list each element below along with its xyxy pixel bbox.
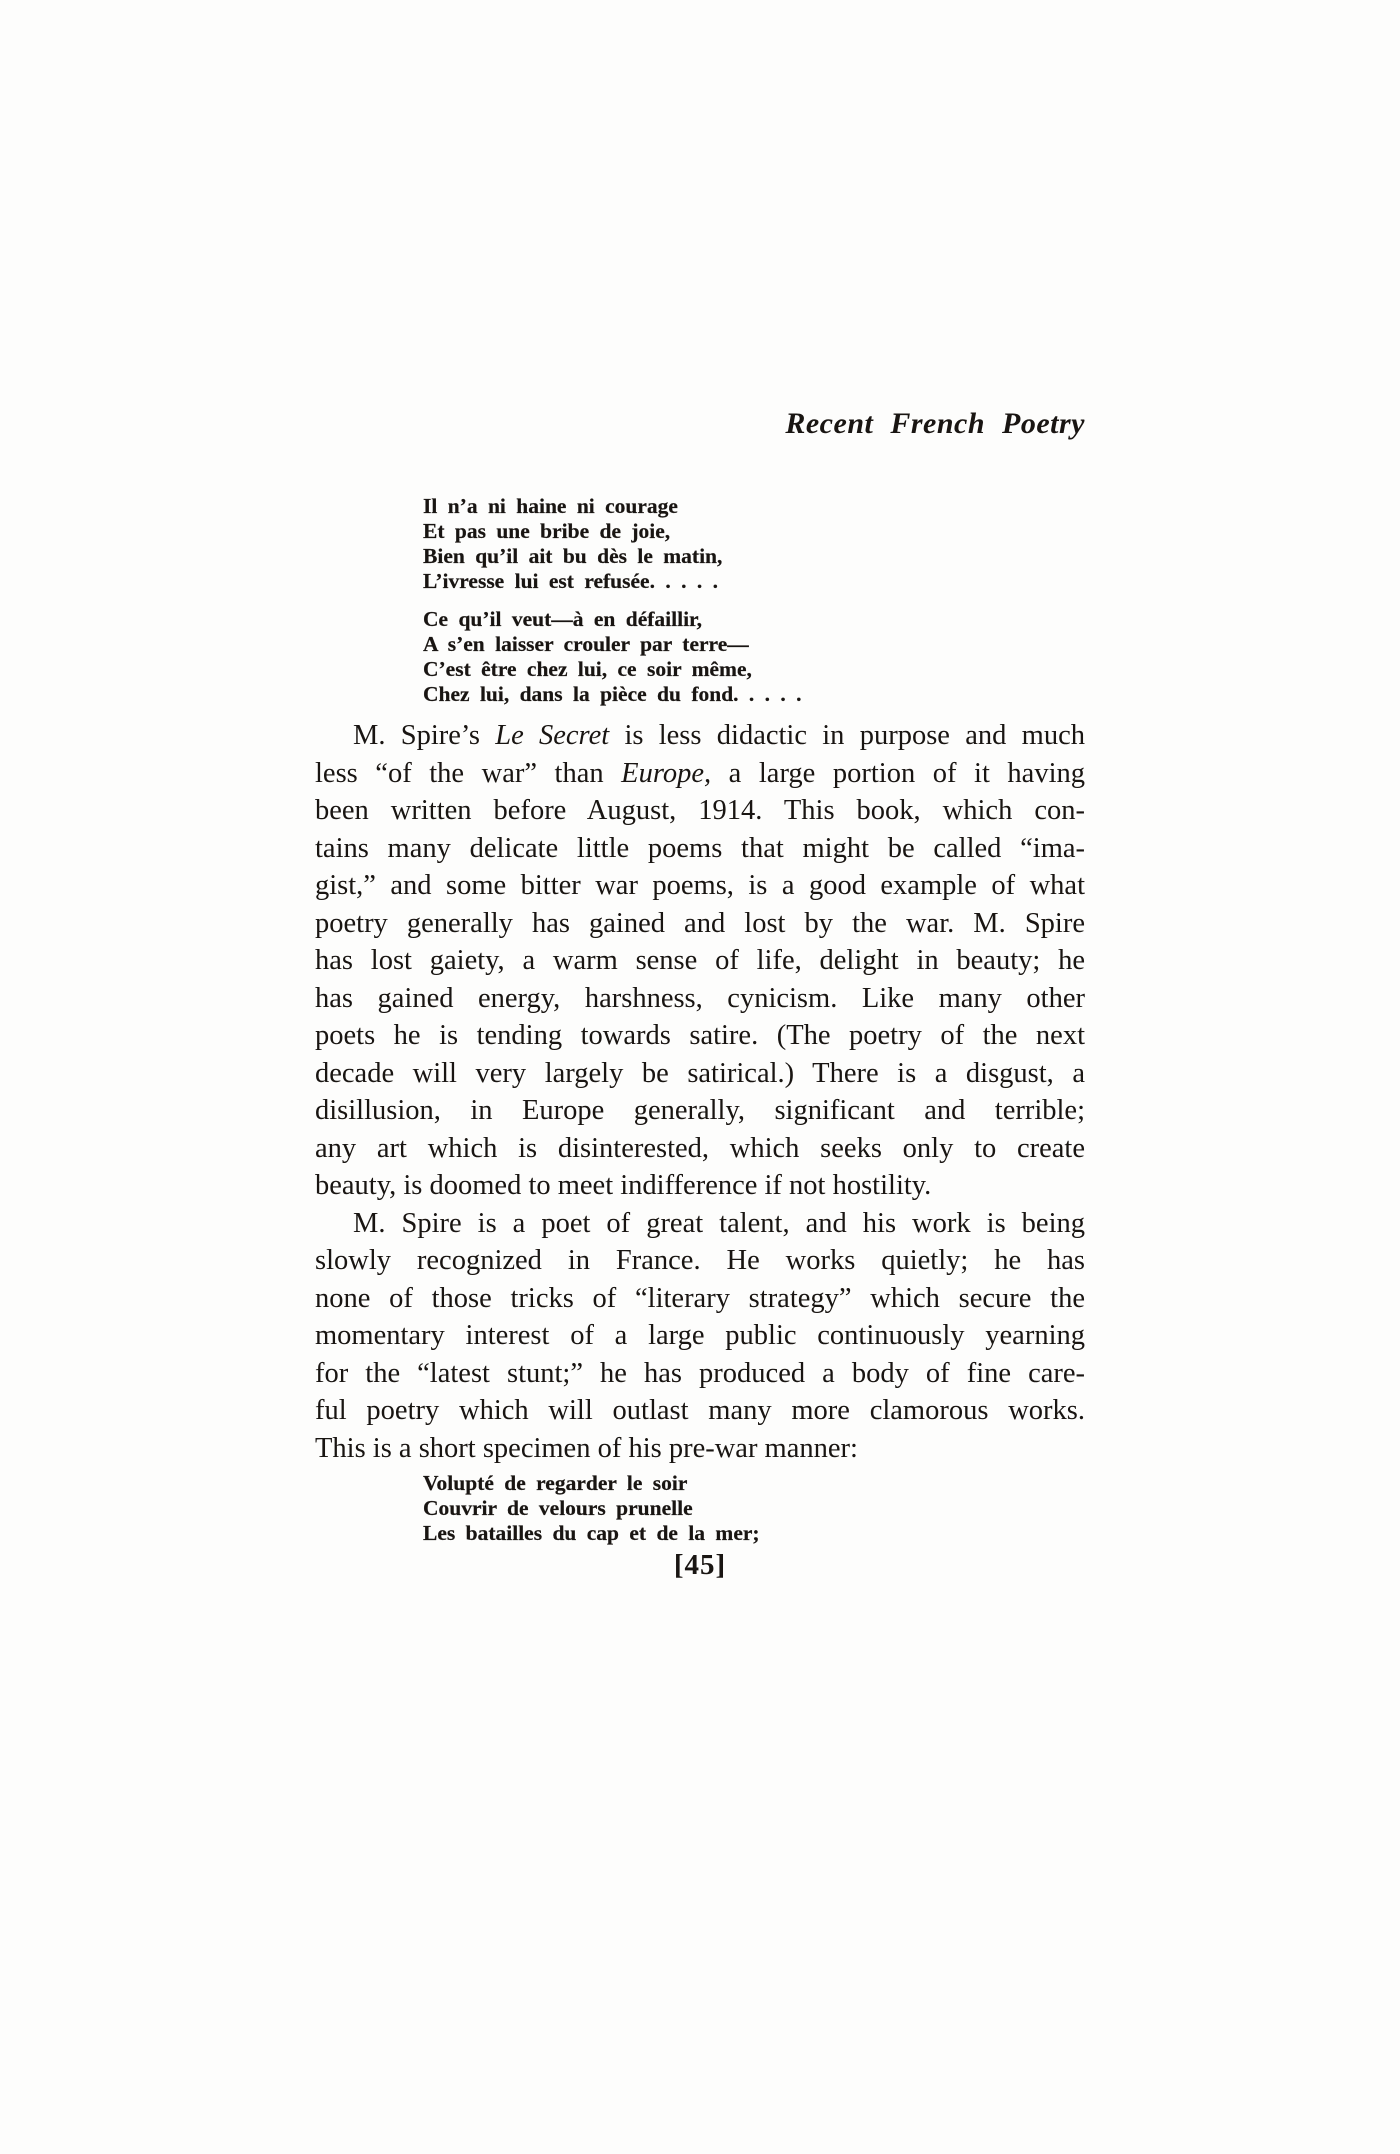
paragraph-2: M. Spire is a poet of great talent, and … bbox=[315, 1205, 1085, 1468]
text-line: decade will very largely be satirical.) … bbox=[315, 1055, 1085, 1093]
page-number: [45] bbox=[315, 1549, 1085, 1582]
poem-line: Il n’a ni haine ni courage bbox=[423, 494, 802, 519]
text-line: has lost gaiety, a warm sense of life, d… bbox=[315, 942, 1085, 980]
text-line: been written before August, 1914. This b… bbox=[315, 792, 1085, 830]
text-segment: M. Spire’s bbox=[353, 720, 495, 751]
text-line: M. Spire’s Le Secret is less didactic in… bbox=[315, 717, 1085, 755]
running-head: Recent French Poetry bbox=[315, 407, 1085, 441]
poem-stanza-2: Ce qu’il veut—à en défaillir, A s’en lai… bbox=[423, 607, 802, 707]
text-line: M. Spire is a poet of great talent, and … bbox=[315, 1205, 1085, 1243]
poem-line: Bien qu’il ait bu dès le matin, bbox=[423, 544, 802, 569]
text-line: for the “latest stunt;” he has produced … bbox=[315, 1355, 1085, 1393]
poem-line: Et pas une bribe de joie, bbox=[423, 519, 802, 544]
poem-quote-1: Il n’a ni haine ni courage Et pas une br… bbox=[423, 494, 802, 707]
text-line: beauty, is doomed to meet indifference i… bbox=[315, 1167, 1085, 1205]
poem-line: A s’en laisser crouler par terre— bbox=[423, 632, 802, 657]
text-segment: less “of the war” than bbox=[315, 758, 621, 789]
poem-line: L’ivresse lui est refusée. . . . . bbox=[423, 569, 802, 594]
text-segment: a large portion of it having bbox=[711, 758, 1085, 789]
poem-stanza-1: Il n’a ni haine ni courage Et pas une br… bbox=[423, 494, 802, 594]
text-segment: is less didactic in purpose and much bbox=[609, 720, 1085, 751]
text-line: tains many delicate little poems that mi… bbox=[315, 830, 1085, 868]
text-line: ful poetry which will outlast many more … bbox=[315, 1392, 1085, 1430]
text-line: less “of the war” than Europe, a large p… bbox=[315, 755, 1085, 793]
poem-line: Couvrir de velours prunelle bbox=[423, 1496, 760, 1521]
text-line: disillusion, in Europe generally, signif… bbox=[315, 1092, 1085, 1130]
poem-line: Ce qu’il veut—à en défaillir, bbox=[423, 607, 802, 632]
text-line: none of those tricks of “literary strate… bbox=[315, 1280, 1085, 1318]
poem-line: Chez lui, dans la pièce du fond. . . . . bbox=[423, 682, 802, 707]
text-column: Recent French Poetry Il n’a ni haine ni … bbox=[315, 0, 1085, 2154]
text-line: momentary interest of a large public con… bbox=[315, 1317, 1085, 1355]
book-title-italic: Le Secret bbox=[495, 720, 609, 751]
text-line: poetry generally has gained and lost by … bbox=[315, 905, 1085, 943]
poem-line: Les batailles du cap et de la mer; bbox=[423, 1521, 760, 1546]
poem-line: Volupté de regarder le soir bbox=[423, 1471, 760, 1496]
text-line: This is a short specimen of his pre-war … bbox=[315, 1430, 1085, 1468]
text-line: slowly recognized in France. He works qu… bbox=[315, 1242, 1085, 1280]
body-text: M. Spire’s Le Secret is less didactic in… bbox=[315, 717, 1085, 1467]
text-line: poets he is tending towards satire. (The… bbox=[315, 1017, 1085, 1055]
text-line: any art which is disinterested, which se… bbox=[315, 1130, 1085, 1168]
book-title-italic: Europe, bbox=[621, 758, 711, 789]
paragraph-1: M. Spire’s Le Secret is less didactic in… bbox=[315, 717, 1085, 1205]
text-line: gist,” and some bitter war poems, is a g… bbox=[315, 867, 1085, 905]
poem-quote-2: Volupté de regarder le soir Couvrir de v… bbox=[423, 1471, 760, 1546]
poem-line: C’est être chez lui, ce soir même, bbox=[423, 657, 802, 682]
book-page: Recent French Poetry Il n’a ni haine ni … bbox=[0, 0, 1400, 2154]
text-line: has gained energy, harshness, cynicism. … bbox=[315, 980, 1085, 1018]
